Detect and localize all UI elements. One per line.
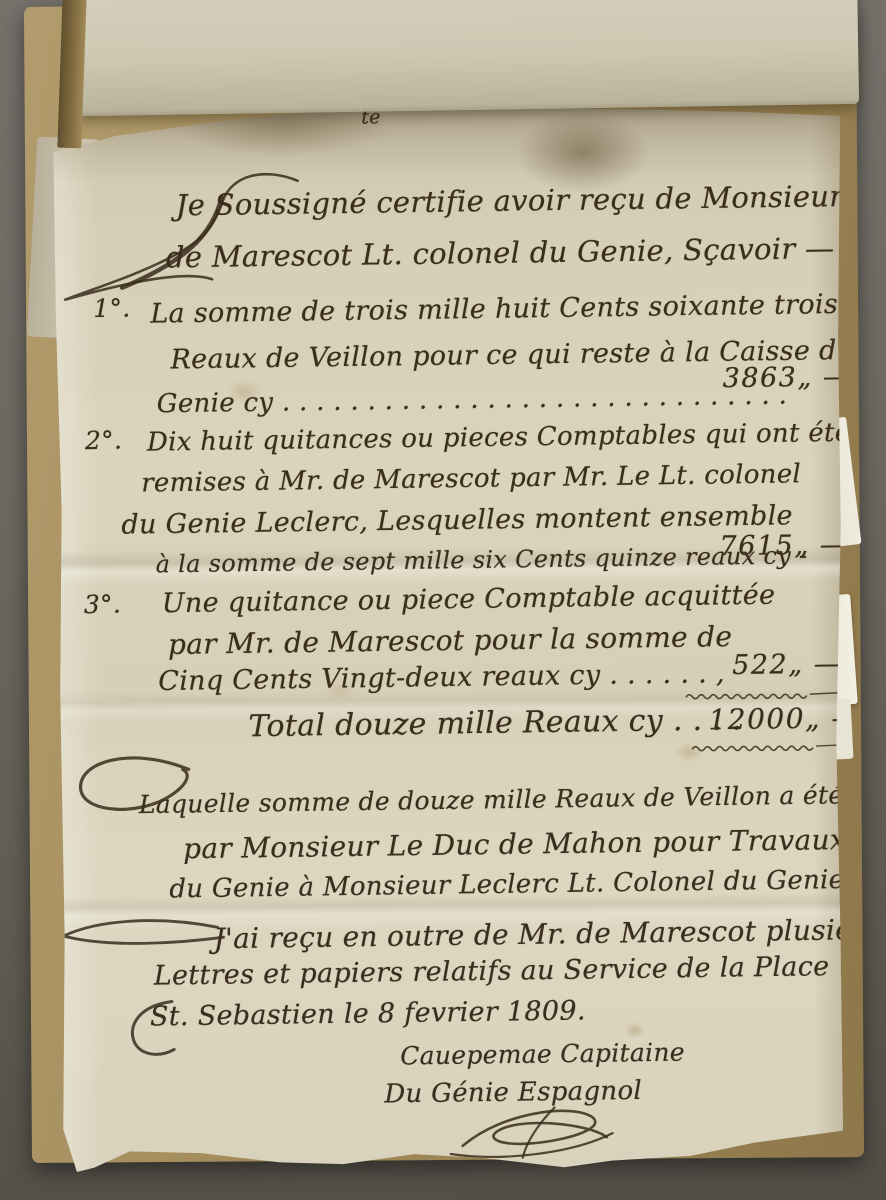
item-2-line: à la somme de sept mille six Cents quinz…: [155, 541, 807, 578]
closing-line: du Genie à Monsieur Leclerc Lt. Colonel …: [169, 865, 853, 905]
postscript-line: Lettres et papiers relatifs au Service d…: [154, 951, 848, 992]
tally-rule: [684, 690, 859, 701]
item-3-line: Cinq Cents Vingt-deux reaux cy . . . . .…: [158, 658, 725, 697]
item-2-marker: 2°.: [85, 426, 123, 456]
closing-line: Laquelle somme de douze mille Reaux de V…: [139, 779, 886, 819]
closing-line: par Monsieur Le Duc de Mahon pour Travau…: [183, 823, 846, 865]
album-page-top: [75, 0, 859, 116]
item-2-line: du Genie Leclerc, Lesquelles montent ens…: [121, 500, 793, 540]
postscript-line: J'ai reçu en outre de Mr. de Marescot pl…: [213, 913, 886, 956]
item-2-line: remises à Mr. de Marescot par Mr. Le Lt.…: [141, 459, 801, 498]
photo-of-manuscript: te Je Soussigné certifie avoir reçu de M…: [0, 0, 886, 1200]
item-3-line: Une quitance ou piece Comptable acquitté…: [162, 580, 776, 620]
item-1-amount: 3863„ —: [722, 361, 851, 394]
total-label: Total douze mille Reaux cy . . . .: [248, 702, 742, 744]
item-3-amount: 522„ —: [732, 648, 843, 681]
signature-rubric: [442, 1101, 632, 1166]
item-1-marker: 1°.: [93, 294, 131, 324]
item-1-line: Genie cy . . . . . . . . . . . . . . . .…: [157, 380, 788, 419]
item-3-line: par Mr. de Marescot pour la somme de: [168, 620, 733, 661]
signature-line: Cauepemae Capitaine: [400, 1038, 685, 1071]
pen-flourish-postscript: [57, 913, 227, 958]
manuscript-sheet: te Je Soussigné certifie avoir reçu de M…: [53, 100, 849, 1172]
item-2-line: Dix huit quitances ou pieces Comptables …: [147, 418, 851, 458]
pen-flourish-opening: [60, 165, 311, 306]
item-2-amount: 7615„ —: [719, 529, 848, 562]
dateline: St. Sebastien le 8 fevrier 1809.: [150, 995, 586, 1032]
item-3-marker: 3°.: [84, 590, 122, 620]
